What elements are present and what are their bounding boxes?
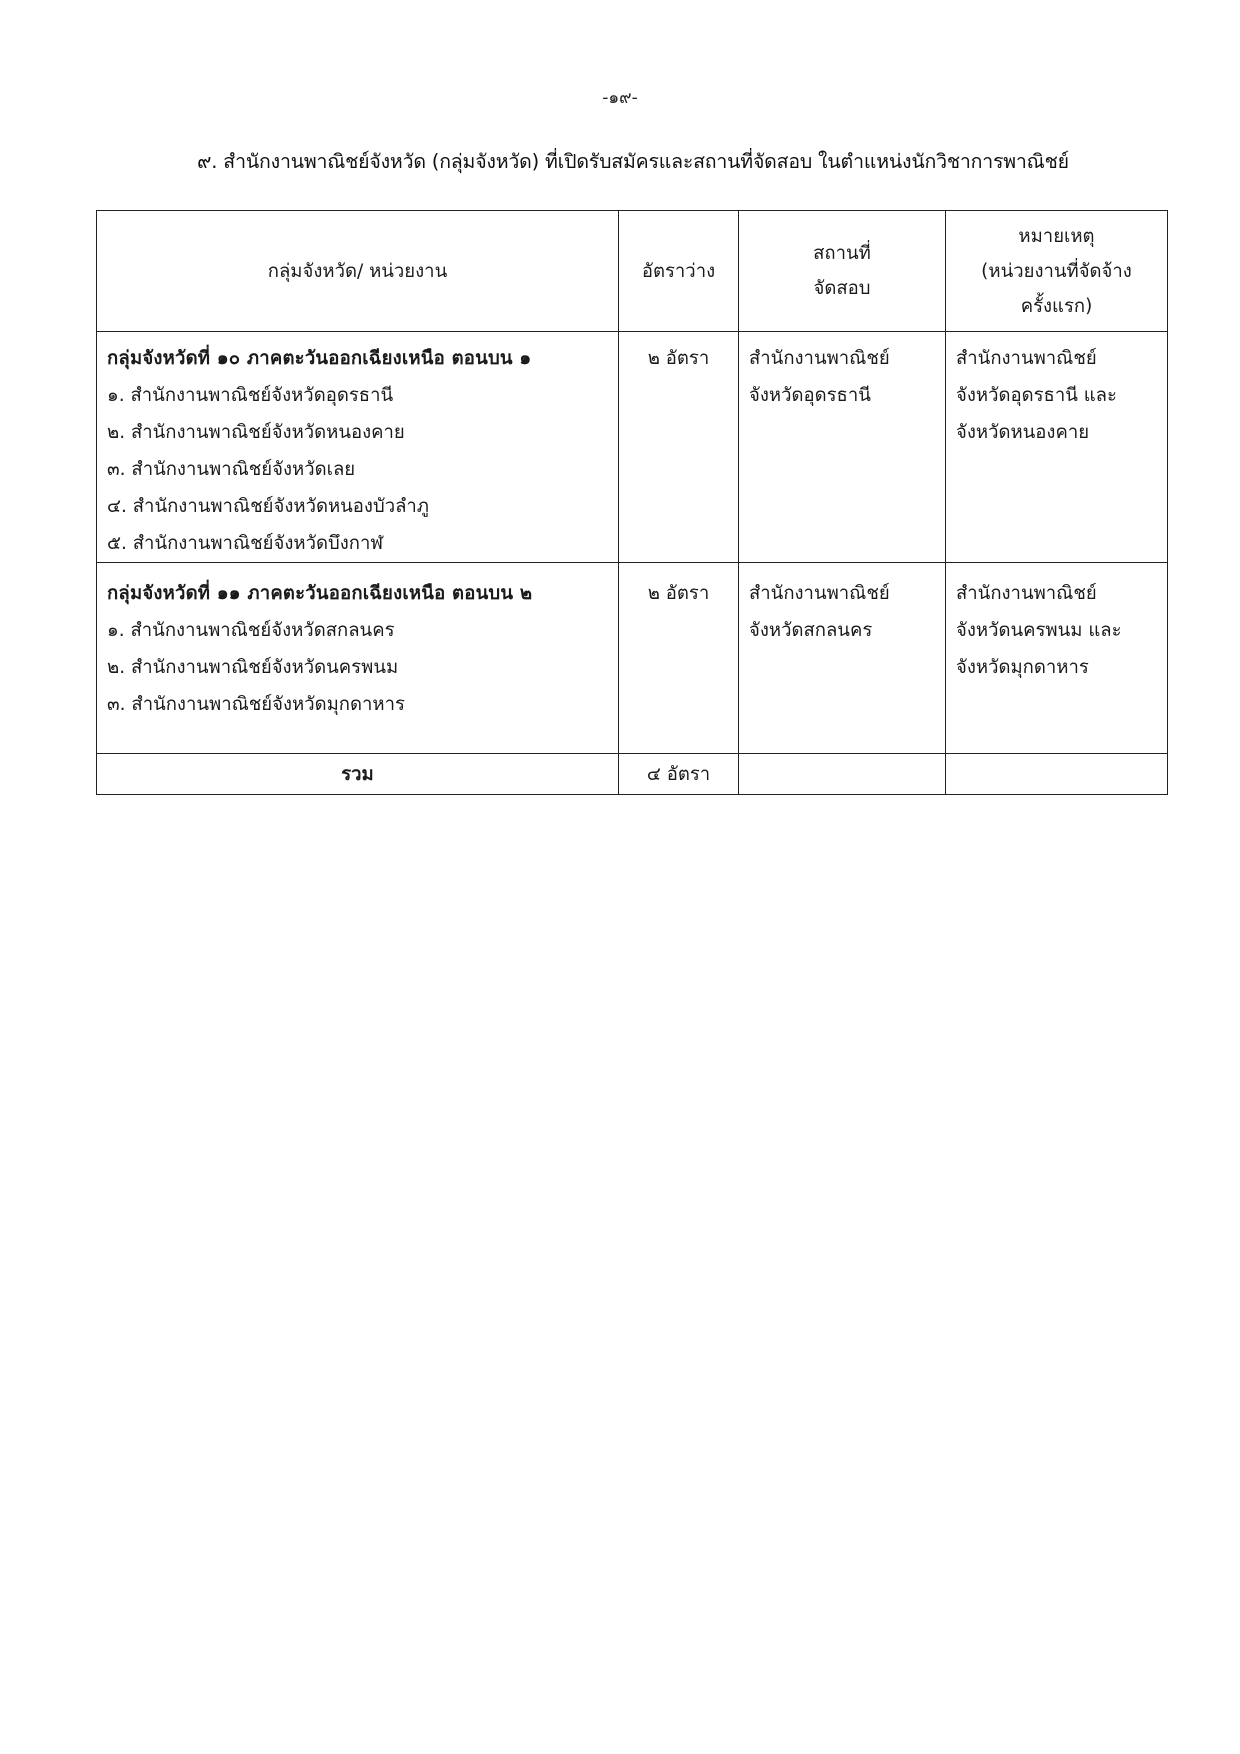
total-row: รวม ๔ อัตรา bbox=[97, 754, 1168, 795]
header-exam-place-line2: จัดสอบ bbox=[739, 271, 945, 306]
exam-place-line: สำนักงานพาณิชย์ bbox=[749, 575, 945, 612]
exam-place-line: จังหวัดอุดรธานี bbox=[749, 377, 945, 414]
vacancy-cell: ๒ อัตรา bbox=[619, 332, 739, 563]
total-label: รวม bbox=[341, 764, 374, 785]
header-note-line2: (หน่วยงานที่จัดจ้าง bbox=[946, 254, 1167, 289]
exam-place-line: จังหวัดสกลนคร bbox=[749, 612, 945, 649]
list-item: ๓. สำนักงานพาณิชย์จังหวัดมุกดาหาร bbox=[107, 686, 618, 723]
exam-place-cell: สำนักงานพาณิชย์ จังหวัดอุดรธานี bbox=[739, 332, 946, 563]
note-line: จังหวัดนครพนม และ bbox=[956, 612, 1167, 649]
total-note-cell bbox=[946, 754, 1168, 795]
table-header-row: กลุ่มจังหวัด/ หน่วยงาน อัตราว่าง สถานที่… bbox=[97, 211, 1168, 332]
header-note-line1: หมายเหตุ bbox=[946, 219, 1167, 254]
note-line: จังหวัดมุกดาหาร bbox=[956, 649, 1167, 686]
header-exam-place-line1: สถานที่ bbox=[739, 236, 945, 271]
note-line: จังหวัดหนองคาย bbox=[956, 414, 1167, 451]
vacancy-table: กลุ่มจังหวัด/ หน่วยงาน อัตราว่าง สถานที่… bbox=[96, 210, 1168, 795]
list-item: ๑. สำนักงานพาณิชย์จังหวัดอุดรธานี bbox=[107, 377, 618, 414]
vacancy-value: ๒ อัตรา bbox=[619, 563, 738, 612]
note-line: สำนักงานพาณิชย์ bbox=[956, 340, 1167, 377]
header-group: กลุ่มจังหวัด/ หน่วยงาน bbox=[97, 211, 619, 332]
header-note: หมายเหตุ (หน่วยงานที่จัดจ้าง ครั้งแรก) bbox=[946, 211, 1168, 332]
list-item: ๑. สำนักงานพาณิชย์จังหวัดสกลนคร bbox=[107, 612, 618, 649]
table-row: กลุ่มจังหวัดที่ ๑๑ ภาคตะวันออกเฉียงเหนือ… bbox=[97, 563, 1168, 754]
header-vacancy: อัตราว่าง bbox=[619, 211, 739, 332]
total-vacancy: ๔ อัตรา bbox=[647, 764, 710, 785]
vacancy-value: ๒ อัตรา bbox=[619, 332, 738, 377]
note-cell: สำนักงานพาณิชย์ จังหวัดอุดรธานี และ จังห… bbox=[946, 332, 1168, 563]
header-note-line3: ครั้งแรก) bbox=[946, 289, 1167, 324]
group-cell: กลุ่มจังหวัดที่ ๑๐ ภาคตะวันออกเฉียงเหนือ… bbox=[97, 332, 619, 563]
header-group-label: กลุ่มจังหวัด/ หน่วยงาน bbox=[268, 261, 447, 282]
exam-place-line: สำนักงานพาณิชย์ bbox=[749, 340, 945, 377]
header-vacancy-label: อัตราว่าง bbox=[642, 261, 715, 282]
list-item: ๕. สำนักงานพาณิชย์จังหวัดบึงกาฬ bbox=[107, 525, 618, 562]
list-item: ๔. สำนักงานพาณิชย์จังหวัดหนองบัวลำภู bbox=[107, 488, 618, 525]
group-title: กลุ่มจังหวัดที่ ๑๐ ภาคตะวันออกเฉียงเหนือ… bbox=[107, 340, 618, 377]
list-item: ๓. สำนักงานพาณิชย์จังหวัดเลย bbox=[107, 451, 618, 488]
total-vacancy-cell: ๔ อัตรา bbox=[619, 754, 739, 795]
vacancy-cell: ๒ อัตรา bbox=[619, 563, 739, 754]
note-line: สำนักงานพาณิชย์ bbox=[956, 575, 1167, 612]
group-title: กลุ่มจังหวัดที่ ๑๑ ภาคตะวันออกเฉียงเหนือ… bbox=[107, 575, 618, 612]
note-cell: สำนักงานพาณิชย์ จังหวัดนครพนม และ จังหวั… bbox=[946, 563, 1168, 754]
total-label-cell: รวม bbox=[97, 754, 619, 795]
table-row: กลุ่มจังหวัดที่ ๑๐ ภาคตะวันออกเฉียงเหนือ… bbox=[97, 332, 1168, 563]
list-item: ๒. สำนักงานพาณิชย์จังหวัดหนองคาย bbox=[107, 414, 618, 451]
page-number: -๑๙- bbox=[0, 84, 1240, 111]
document-title: ๙. สำนักงานพาณิชย์จังหวัด (กลุ่มจังหวัด)… bbox=[100, 146, 1166, 177]
list-item: ๒. สำนักงานพาณิชย์จังหวัดนครพนม bbox=[107, 649, 618, 686]
header-exam-place: สถานที่ จัดสอบ bbox=[739, 211, 946, 332]
exam-place-cell: สำนักงานพาณิชย์ จังหวัดสกลนคร bbox=[739, 563, 946, 754]
group-cell: กลุ่มจังหวัดที่ ๑๑ ภาคตะวันออกเฉียงเหนือ… bbox=[97, 563, 619, 754]
total-exam-place-cell bbox=[739, 754, 946, 795]
note-line: จังหวัดอุดรธานี และ bbox=[956, 377, 1167, 414]
